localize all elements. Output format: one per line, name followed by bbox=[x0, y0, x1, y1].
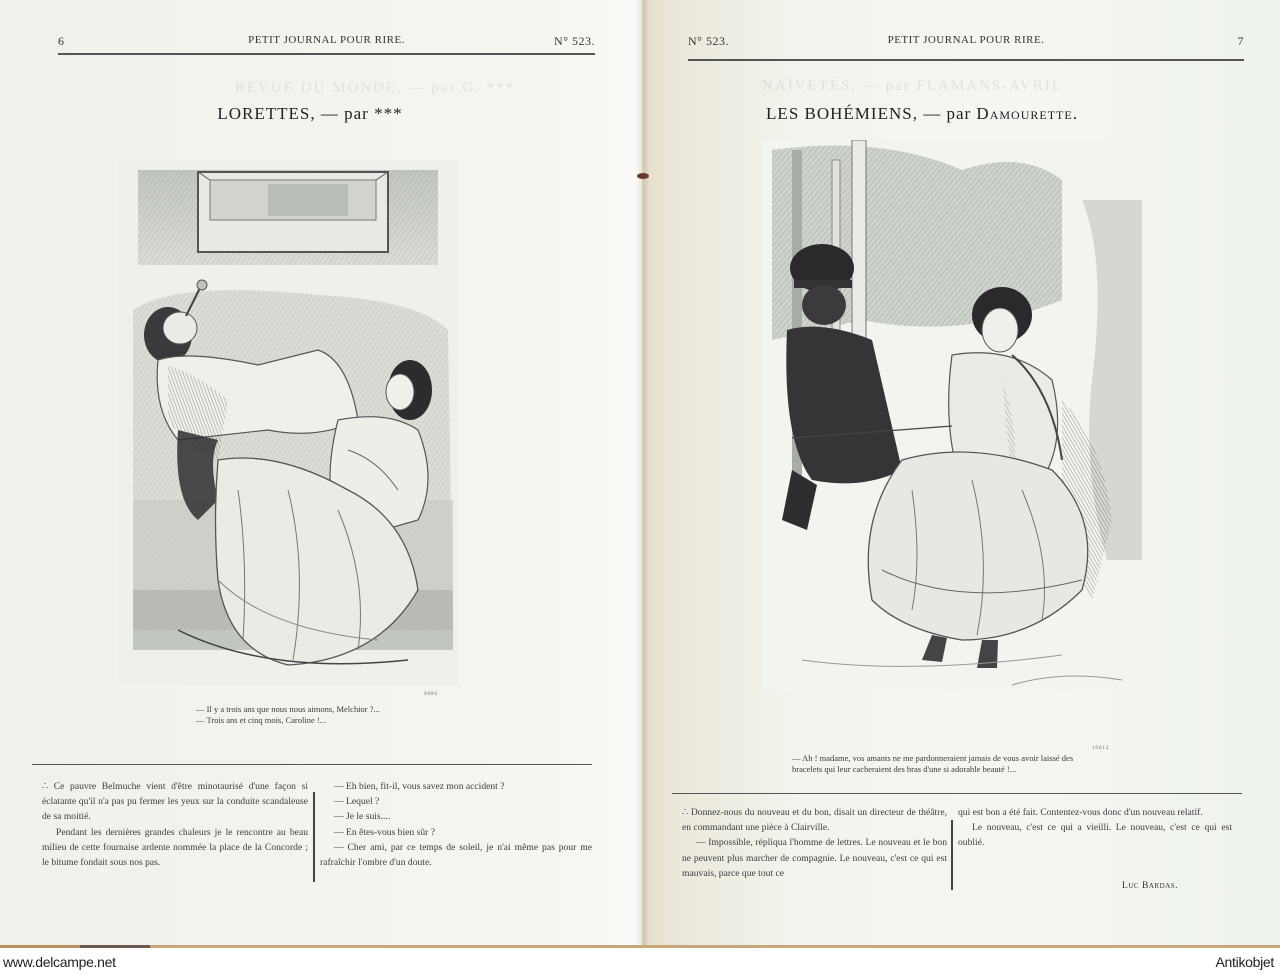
header-rule bbox=[58, 53, 595, 55]
dialogue-line: — Eh bien, fit-il, vous savez mon accide… bbox=[320, 779, 592, 794]
issue-number: N° 523. bbox=[554, 34, 595, 49]
text-column-1: ∴ Donnez-nous du nouveau et du bon, disa… bbox=[682, 805, 947, 881]
running-header-left: 6 PETIT JOURNAL POUR RIRE. N° 523. bbox=[58, 34, 595, 54]
dialogue-line: — Je le suis.... bbox=[320, 809, 592, 824]
column-separator bbox=[951, 820, 953, 890]
show-through-title: NAÏVETÉS, — par FLAMANS-AVRIL bbox=[762, 78, 1063, 95]
page-tear bbox=[637, 173, 649, 179]
plate-caption: — Il y a trois ans que nous nous aimons,… bbox=[196, 704, 496, 726]
dialogue-line: — En êtes-vous bien sûr ? bbox=[320, 825, 592, 840]
running-header-right: N° 523. PETIT JOURNAL POUR RIRE. 7 bbox=[688, 34, 1244, 54]
illustration-bohemian-couple bbox=[762, 140, 1142, 690]
paragraph: — Impossible, répliqua l'homme de lettre… bbox=[682, 835, 947, 881]
plate-title: LES BOHÉMIENS, — par Damourette. bbox=[742, 104, 1102, 124]
plate-author: Damourette. bbox=[976, 104, 1078, 123]
illustration-reclining-figures bbox=[118, 160, 458, 685]
plate-title: LORETTES, — par *** bbox=[160, 104, 460, 124]
plate-title-main: LORETTES, bbox=[217, 104, 315, 123]
paragraph: ∴ Ce pauvre Belmuche vient d'être minota… bbox=[42, 779, 308, 825]
plate-caption: — Ah ! madame, vos amants ne me pardonne… bbox=[792, 753, 1222, 775]
left-page: 6 PETIT JOURNAL POUR RIRE. N° 523. REVUE… bbox=[0, 0, 642, 945]
section-rule bbox=[672, 793, 1242, 794]
header-rule bbox=[688, 59, 1244, 61]
text-column-2: qui est bon a été fait. Contentez-vous d… bbox=[958, 805, 1232, 851]
plate-title-credit: — par *** bbox=[321, 104, 403, 123]
source-watermark: www.delcampe.net bbox=[3, 954, 116, 970]
paragraph: Pendant les dernières grandes chaleurs j… bbox=[42, 825, 308, 871]
engraver-mark: 10012 bbox=[1092, 746, 1110, 751]
caption-line-2: bracelets qui leur cacheraient des bras … bbox=[792, 764, 1222, 775]
book-gutter bbox=[636, 0, 650, 945]
text-column-1: ∴ Ce pauvre Belmuche vient d'être minota… bbox=[42, 779, 308, 870]
book-spread: 6 PETIT JOURNAL POUR RIRE. N° 523. REVUE… bbox=[0, 0, 1280, 948]
plate-title-credit: — par bbox=[923, 104, 971, 123]
dialogue-line: — Cher ami, par ce temps de soleil, je n… bbox=[320, 840, 592, 870]
paragraph: ∴ Donnez-nous du nouveau et du bon, disa… bbox=[682, 805, 947, 835]
seller-watermark: Antikobjet bbox=[1216, 954, 1274, 970]
plate-title-main: LES BOHÉMIENS, bbox=[766, 104, 918, 123]
engraver-mark: 9086 bbox=[424, 692, 438, 697]
engraving-lorettes bbox=[118, 160, 458, 685]
show-through-title: REVUE DU MONDE, — par G. *** bbox=[235, 80, 515, 97]
caption-line-2: — Trois ans et cinq mois, Caroline !... bbox=[196, 715, 496, 726]
journal-title: PETIT JOURNAL POUR RIRE. bbox=[688, 34, 1244, 46]
page-number: 7 bbox=[1238, 34, 1245, 49]
right-page: N° 523. PETIT JOURNAL POUR RIRE. 7 NAÏVE… bbox=[642, 0, 1280, 945]
journal-title: PETIT JOURNAL POUR RIRE. bbox=[58, 34, 595, 46]
engraving-bohemiens bbox=[762, 140, 1142, 690]
paragraph: qui est bon a été fait. Contentez-vous d… bbox=[958, 805, 1232, 820]
caption-line-1: — Ah ! madame, vos amants ne me pardonne… bbox=[792, 753, 1222, 764]
caption-line-1: — Il y a trois ans que nous nous aimons,… bbox=[196, 704, 496, 715]
text-column-2: — Eh bien, fit-il, vous savez mon accide… bbox=[320, 779, 592, 870]
paragraph: Le nouveau, c'est ce qui a vieilli. Le n… bbox=[958, 820, 1232, 850]
author-signature: Luc Bardas. bbox=[1122, 880, 1178, 891]
section-rule bbox=[32, 764, 592, 765]
dialogue-line: — Lequel ? bbox=[320, 794, 592, 809]
column-separator bbox=[313, 792, 315, 882]
watermark-bar: www.delcampe.net Antikobjet bbox=[0, 948, 1280, 975]
